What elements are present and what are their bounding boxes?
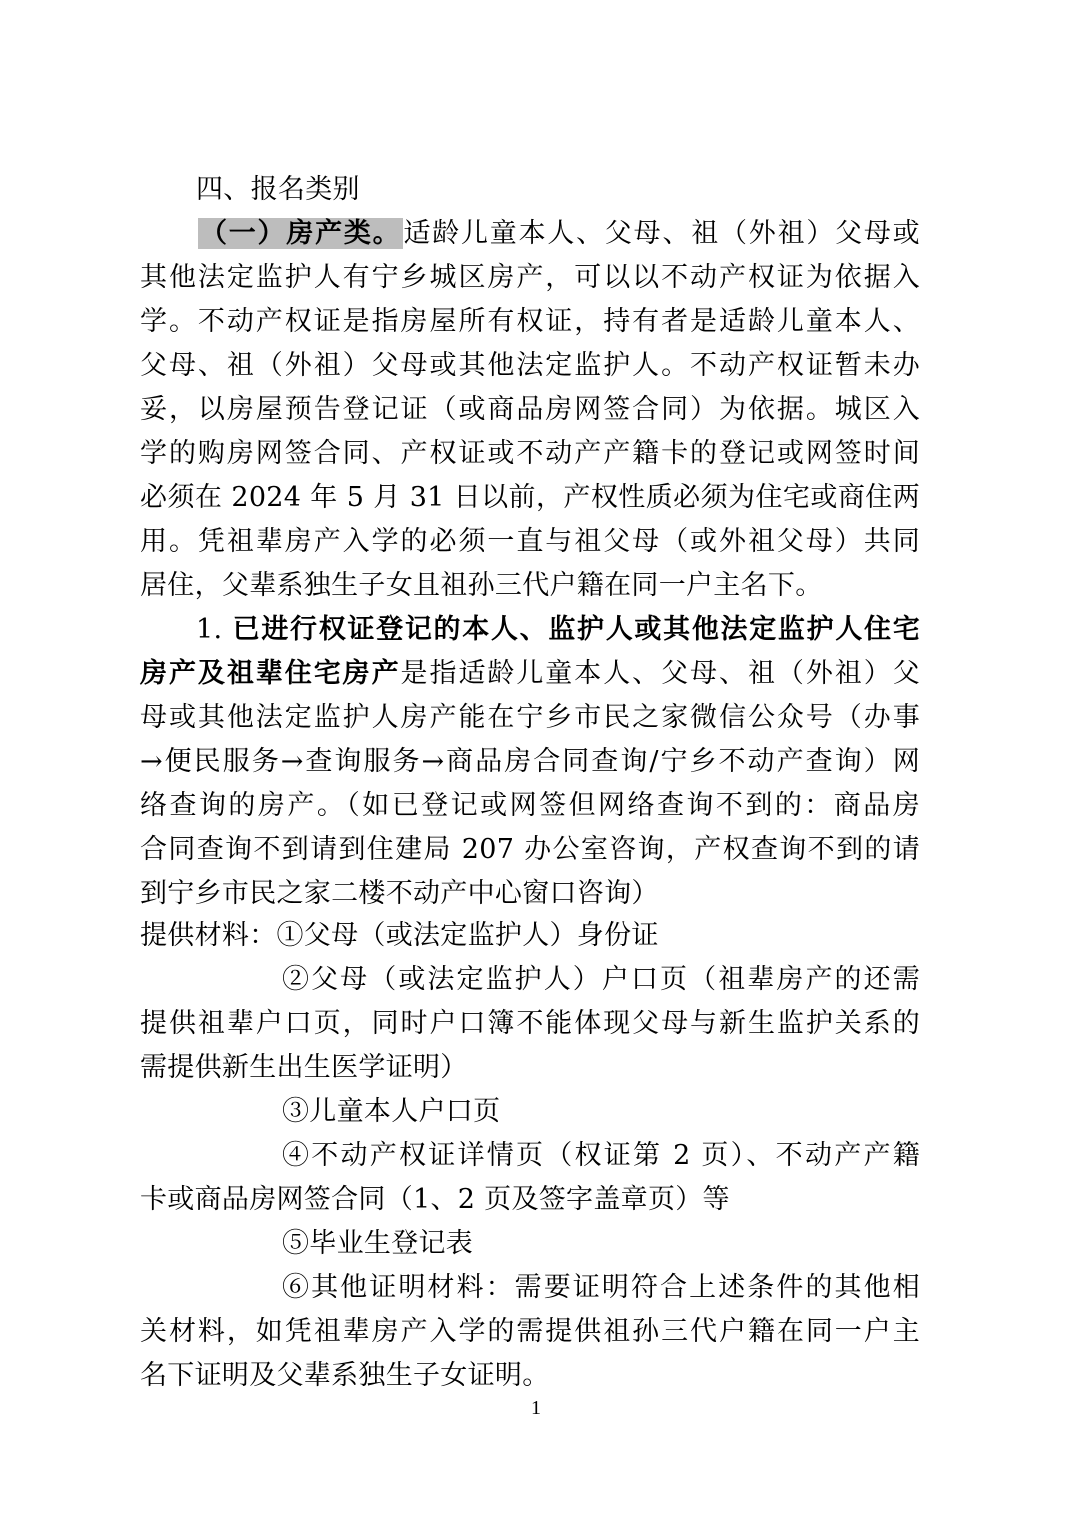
item-1-bold-text: 已进行权证登记的本人、监护人或其他法定监护人住宅: [233, 614, 920, 645]
material-item: ④不动产权证详情页（权证第 2 页）、不动产产籍: [282, 1134, 920, 1178]
paragraph-line: 居住，父辈系独生子女且祖孙三代户籍在同一户主名下。: [140, 564, 920, 608]
paragraph-line: 学的购房网签合同、产权证或不动产产籍卡的登记或网签时间: [140, 432, 920, 476]
material-item-continued: 需提供新生出生医学证明）: [140, 1046, 920, 1090]
material-item-continued: 关材料，如凭祖辈房产入学的需提供祖孙三代户籍在同一户主: [140, 1310, 920, 1354]
materials-line-1: 提供材料：①父母（或法定监护人）身份证: [140, 914, 920, 958]
paragraph-line: 合同查询不到请到住建局 207 办公室咨询，产权查询不到的请: [140, 828, 920, 872]
category-1-label: （一）房产类。: [198, 218, 403, 249]
material-item-continued: 卡或商品房网签合同（1、2 页及签字盖章页）等: [140, 1178, 920, 1222]
material-item: ⑥其他证明材料：需要证明符合上述条件的其他相: [282, 1266, 920, 1310]
item-1-heading: 1. 已进行权证登记的本人、监护人或其他法定监护人住宅: [196, 608, 920, 652]
item-1-line2: 房产及祖辈住宅房产是指适龄儿童本人、父母、祖（外祖）父: [140, 652, 920, 696]
paragraph-text: 适龄儿童本人、父母、祖（外祖）父母或: [403, 218, 920, 249]
paragraph-text: 是指适龄儿童本人、父母、祖（外祖）父: [401, 658, 920, 689]
category-1-first-line: （一）房产类。适龄儿童本人、父母、祖（外祖）父母或: [198, 212, 920, 256]
paragraph-line: 用。凭祖辈房产入学的必须一直与祖父母（或外祖父母）共同: [140, 520, 920, 564]
paragraph-line: →便民服务→查询服务→商品房合同查询/宁乡不动产查询）网: [140, 740, 920, 784]
paragraph-line: 学。不动产权证是指房屋所有权证，持有者是适龄儿童本人、: [140, 300, 920, 344]
material-item: ①父母（或法定监护人）身份证: [277, 920, 659, 951]
paragraph-line: 父母、祖（外祖）父母或其他法定监护人。不动产权证暂未办: [140, 344, 920, 388]
paragraph-line: 络查询的房产。（如已登记或网签但网络查询不到的：商品房: [140, 784, 920, 828]
item-number: 1.: [196, 614, 233, 645]
material-item-continued: 提供祖辈户口页，同时户口簿不能体现父母与新生监护关系的: [140, 1002, 920, 1046]
item-1-bold-text: 房产及祖辈住宅房产: [140, 658, 401, 689]
paragraph-line: 妥，以房屋预告登记证（或商品房网签合同）为依据。城区入: [140, 388, 920, 432]
material-item: ③儿童本人户口页: [282, 1090, 920, 1134]
paragraph-line: 其他法定监护人有宁乡城区房产，可以以不动产权证为依据入: [140, 256, 920, 300]
paragraph-line: 母或其他法定监护人房产能在宁乡市民之家微信公众号（办事: [140, 696, 920, 740]
material-item: ②父母（或法定监护人）户口页（祖辈房产的还需: [282, 958, 920, 1002]
material-item: ⑤毕业生登记表: [282, 1222, 920, 1266]
section-heading: 四、报名类别: [196, 168, 920, 212]
document-page: 四、报名类别 （一）房产类。适龄儿童本人、父母、祖（外祖）父母或 其他法定监护人…: [0, 0, 1075, 1520]
paragraph-line: 必须在 2024 年 5 月 31 日以前，产权性质必须为住宅或商住两: [140, 476, 920, 520]
paragraph-line: 到宁乡市民之家二楼不动产中心窗口咨询）: [140, 872, 920, 916]
material-item-continued: 名下证明及父辈系独生子女证明。: [140, 1354, 920, 1398]
page-number: 1: [531, 1396, 541, 1420]
materials-label: 提供材料：: [140, 920, 277, 951]
